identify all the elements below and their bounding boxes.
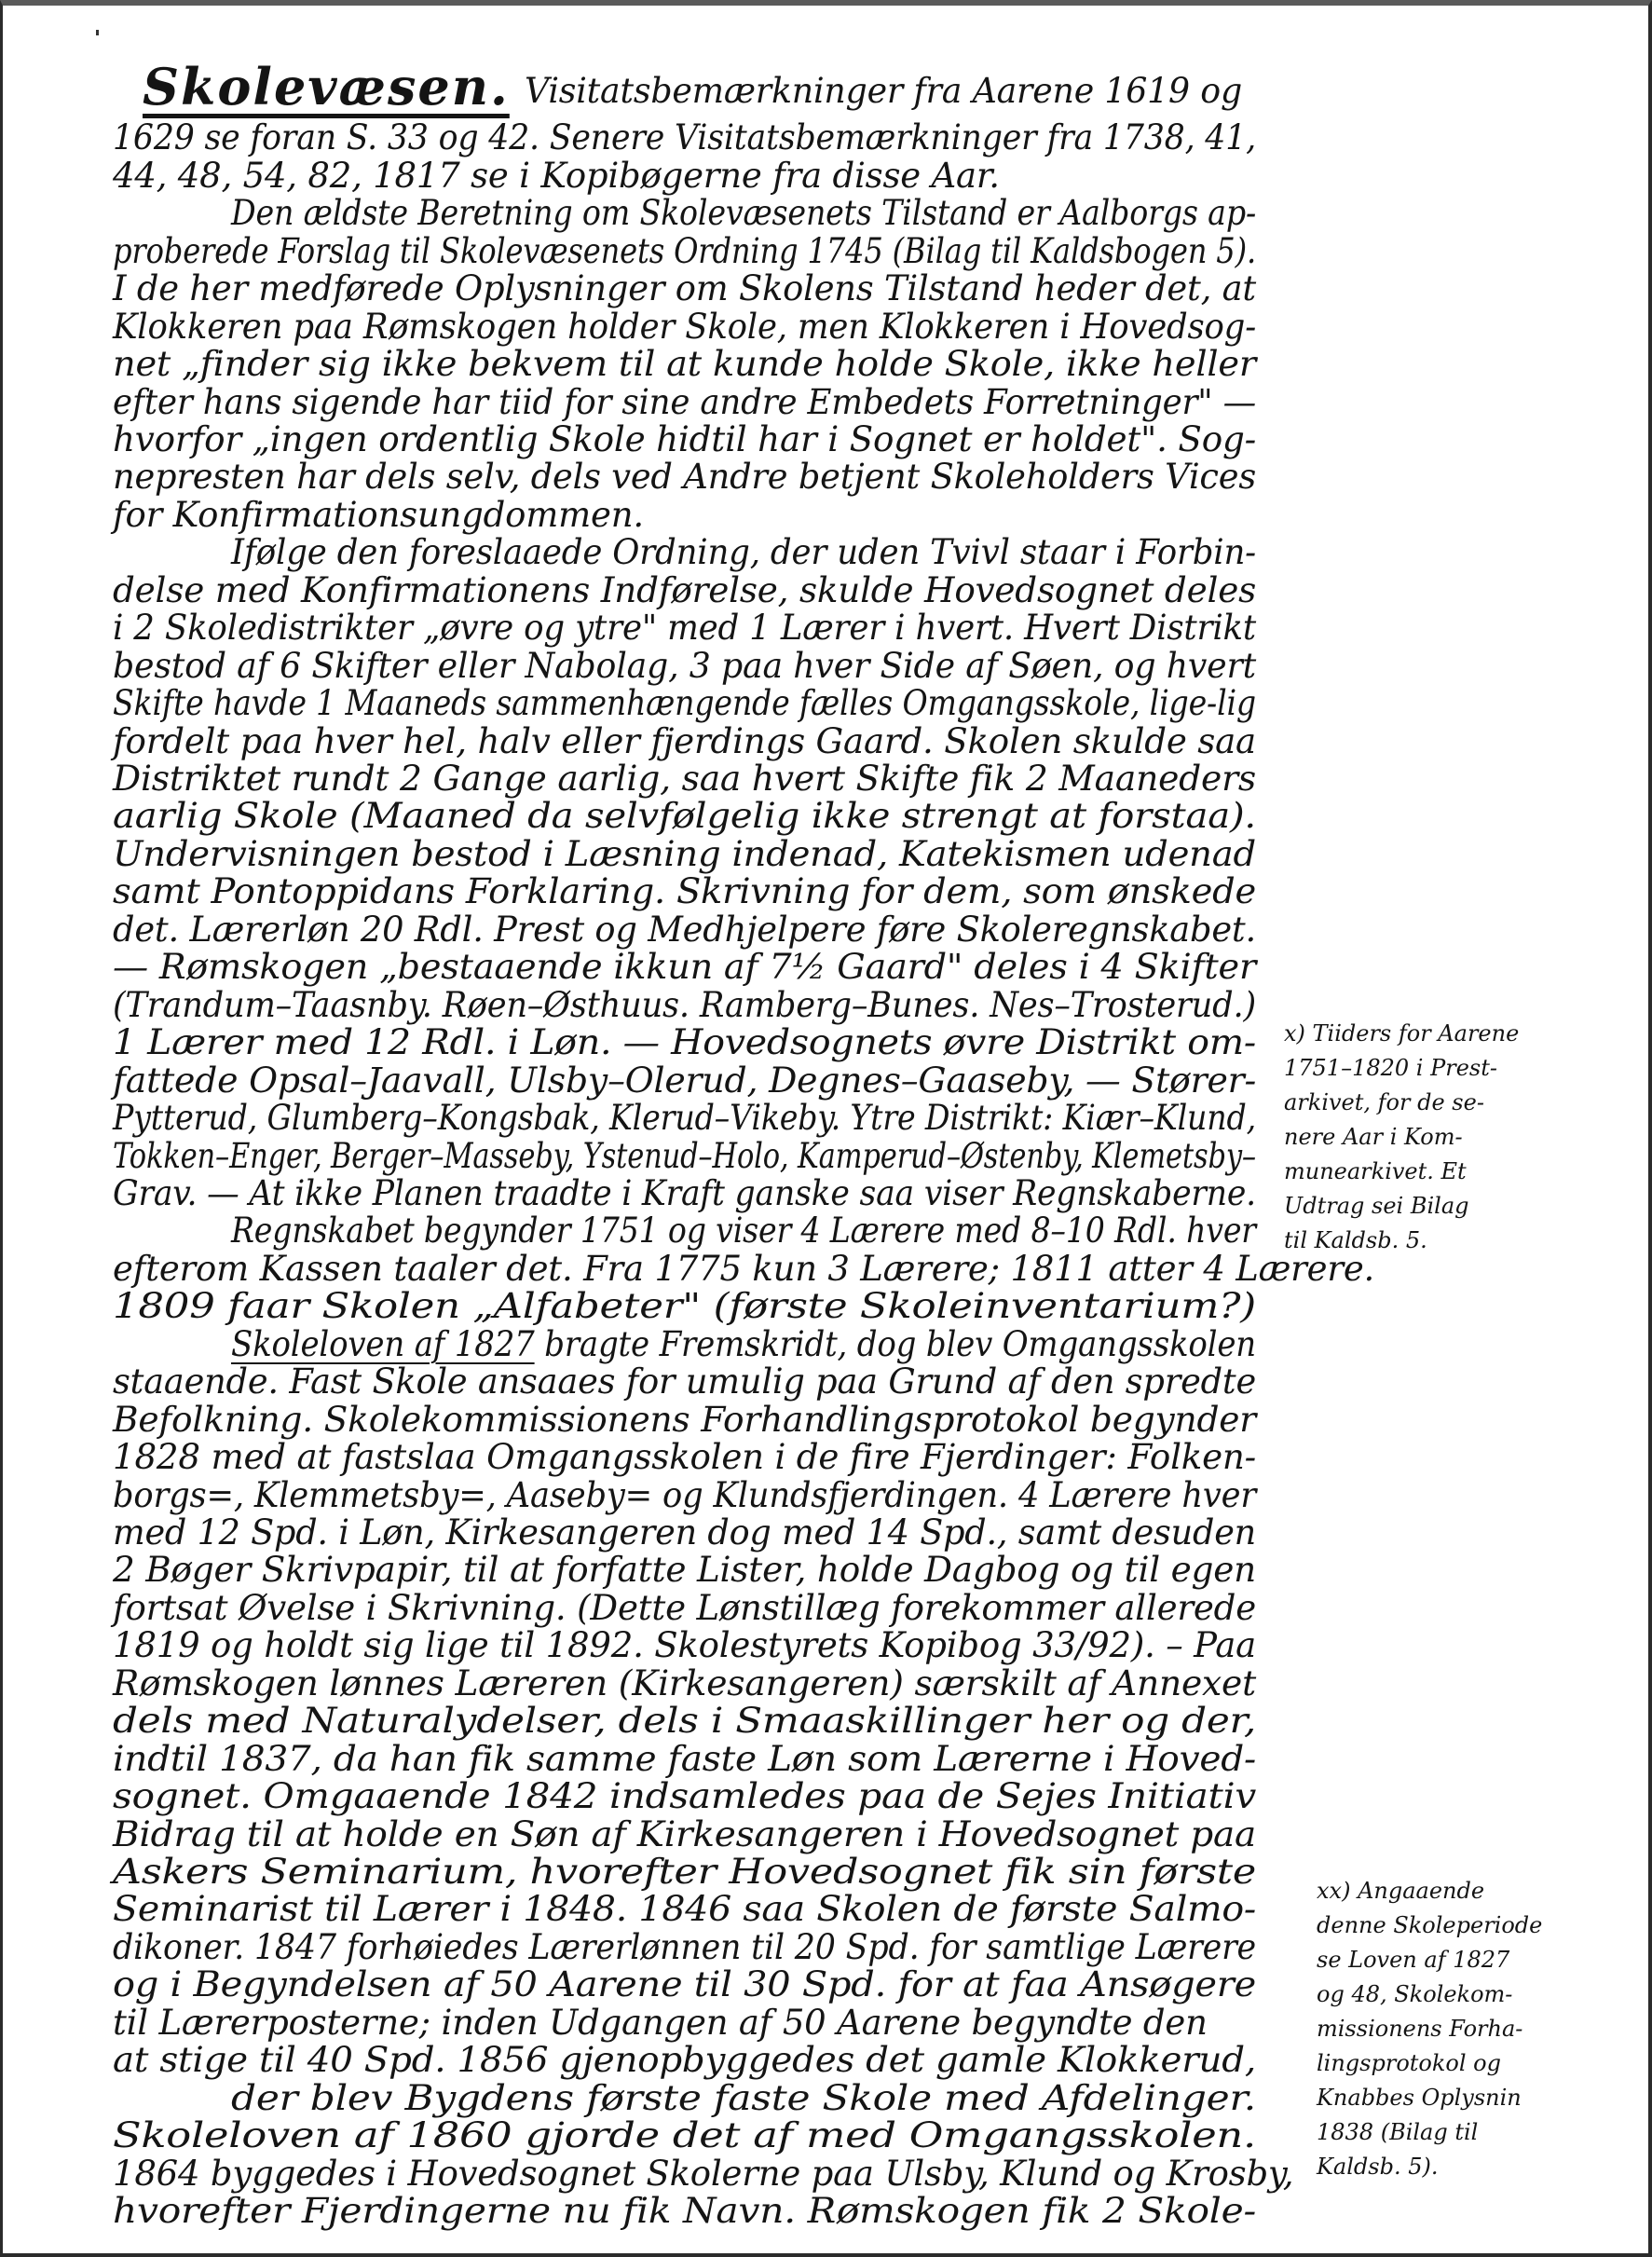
manuscript-line: — Rømskogen „bestaaende ikkun af 7½ Gaar… — [113, 947, 1256, 987]
manuscript-line: Klokkeren paa Rømskogen holder Skole, me… — [113, 307, 1256, 347]
manuscript-line: Distriktet rundt 2 Gange aarlig, saa hve… — [113, 759, 1256, 799]
manuscript-line: I de her medførede Oplysninger om Skolen… — [113, 268, 1256, 308]
manuscript-line: borgs=, Klemmetsby=, Aaseby= og Klundsfj… — [113, 1475, 1256, 1515]
manuscript-line: Regnskabet begynder 1751 og viser 4 Lære… — [231, 1211, 1256, 1251]
manuscript-line: delse med Konfirmationens Indførelse, sk… — [113, 570, 1256, 610]
manuscript-line: 1629 se foran S. 33 og 42. Senere Visita… — [113, 117, 1256, 157]
manuscript-line: Seminarist til Lærer i 1848. 1846 saa Sk… — [113, 1889, 1256, 1929]
manuscript-line: til Lærerposterne; inden Udgangen af 50 … — [113, 2003, 1208, 2043]
manuscript-line: indtil 1837, da han fik samme faste Løn … — [113, 1739, 1256, 1779]
manuscript-line: Tokken–Enger, Berger–Masseby, Ystenud–Ho… — [113, 1136, 1256, 1176]
manuscript-line: hvorefter Fjerdingerne nu fik Navn. Røms… — [113, 2191, 1256, 2231]
manuscript-line: efterom Kassen taaler det. Fra 1775 kun … — [113, 1249, 1374, 1289]
manuscript-line: der blev Bygdens første faste Skole med … — [231, 2078, 1256, 2118]
manuscript-line: fortsat Øvelse i Skrivning. (Dette Lønst… — [113, 1588, 1256, 1628]
manuscript-line: at stige til 40 Spd. 1856 gjenopbyggedes… — [113, 2040, 1256, 2080]
manuscript-line: proberede Forslag til Skolevæsenets Ordn… — [113, 231, 1256, 271]
manuscript-line: Visitatsbemærkninger fra Aarene 1619 og — [525, 71, 1242, 111]
manuscript-line: sognet. Omgaaende 1842 indsamledes paa d… — [113, 1776, 1256, 1816]
manuscript-line: med 12 Spd. i Løn, Kirkesangeren dog med… — [113, 1512, 1256, 1553]
manuscript-line: Undervisningen bestod i Læsning indenad,… — [113, 834, 1256, 874]
manuscript-line: Skifte havde 1 Maaneds sammenhængende fæ… — [113, 683, 1256, 723]
manuscript-line: i 2 Skoledistrikter „øvre og ytre" med 1… — [113, 608, 1256, 648]
manuscript-line: Skoleloven af 1860 gjorde det af med Omg… — [113, 2115, 1256, 2155]
manuscript-line: dikoner. 1847 forhøiedes Lærerlønnen til… — [113, 1927, 1256, 1967]
scanned-page-frame: Skolevæsen. Visitatsbemærkninger fra Aar… — [0, 0, 1652, 2257]
manuscript-line: Askers Seminarium, hvorefter Hovedsognet… — [113, 1852, 1256, 1892]
manuscript-line: Rømskogen lønnes Læreren (Kirkesangeren)… — [113, 1663, 1256, 1703]
manuscript-line: 1809 faar Skolen „Alfabeter" (første Sko… — [113, 1286, 1256, 1326]
manuscript-line: Ifølge den foreslaaede Ordning, der uden… — [231, 532, 1256, 572]
manuscript-line: 1828 med at fastslaa Omgangsskolen i de … — [113, 1437, 1256, 1477]
manuscript-line: for Konfirmationsungdommen. — [113, 495, 644, 535]
manuscript-line: fordelt paa hver hel, halv eller fjerdin… — [113, 721, 1256, 761]
manuscript-line: 2 Bøger Skrivpapir, til at forfatte List… — [113, 1550, 1256, 1590]
manuscript-line: Bidrag til at holde en Søn af Kirkesange… — [113, 1814, 1256, 1854]
manuscript-line: staaende. Fast Skole ansaaes for umulig … — [113, 1361, 1256, 1402]
manuscript-line: og i Begyndelsen af 50 Aarene til 30 Spd… — [113, 1964, 1256, 2004]
manuscript-line: samt Pontoppidans Forklaring. Skrivning … — [113, 871, 1256, 911]
page-heading: Skolevæsen. — [143, 57, 510, 116]
manuscript-line: nepresten har dels selv, dels ved Andre … — [113, 457, 1256, 497]
margin-note-1: x) Tiiders for Aarene 1751–1820 i Prest-… — [1284, 1017, 1519, 1258]
margin-note-2: xx) Angaaende denne Skoleperiode se Love… — [1317, 1874, 1542, 2184]
manuscript-line: Befolkning. Skolekommissionens Forhandli… — [113, 1400, 1256, 1440]
manuscript-line: 44, 48, 54, 82, 1817 se i Kopibøgerne fr… — [113, 156, 1000, 196]
manuscript-line: 1864 byggedes i Hovedsognet Skolerne paa… — [113, 2154, 1293, 2194]
manuscript-line: det. Lærerløn 20 Rdl. Prest og Medhjelpe… — [113, 910, 1256, 950]
manuscript-line: fattede Opsal–Jaavall, Ulsby–Olerud, Deg… — [113, 1060, 1256, 1101]
underlined-phrase: Skoleloven af 1827 — [231, 1324, 535, 1364]
manuscript-line: Pytterud, Glumberg–Kongsbak, Klerud–Vike… — [113, 1098, 1256, 1138]
manuscript-line: hvorfor „ingen ordentlig Skole hidtil ha… — [113, 419, 1256, 459]
manuscript-line: bestod af 6 Skifter eller Nabolag, 3 paa… — [113, 646, 1256, 686]
manuscript-line: 1 Lærer med 12 Rdl. i Løn. — Hovedsognet… — [113, 1022, 1256, 1062]
manuscript-line: efter hans sigende har tiid for sine and… — [113, 382, 1256, 422]
manuscript-line: (Trandum–Taasnby. Røen–Østhuus. Ramberg–… — [113, 985, 1256, 1025]
manuscript-line: 1819 og holdt sig lige til 1892. Skolest… — [113, 1625, 1256, 1665]
manuscript-line: dels med Naturalydelser, dels i Smaaskil… — [113, 1701, 1256, 1741]
manuscript-line: Grav. — At ikke Planen traadte i Kraft g… — [113, 1173, 1256, 1213]
manuscript-line: net „finder sig ikke bekvem til at kunde… — [113, 344, 1256, 384]
manuscript-line: aarlig Skole (Maaned da selvfølgelig ikk… — [113, 796, 1256, 836]
manuscript-line: Den ældste Beretning om Skolevæsenets Ti… — [231, 193, 1256, 233]
manuscript-line: Skoleloven af 1827 bragte Fremskridt, do… — [231, 1324, 1256, 1364]
